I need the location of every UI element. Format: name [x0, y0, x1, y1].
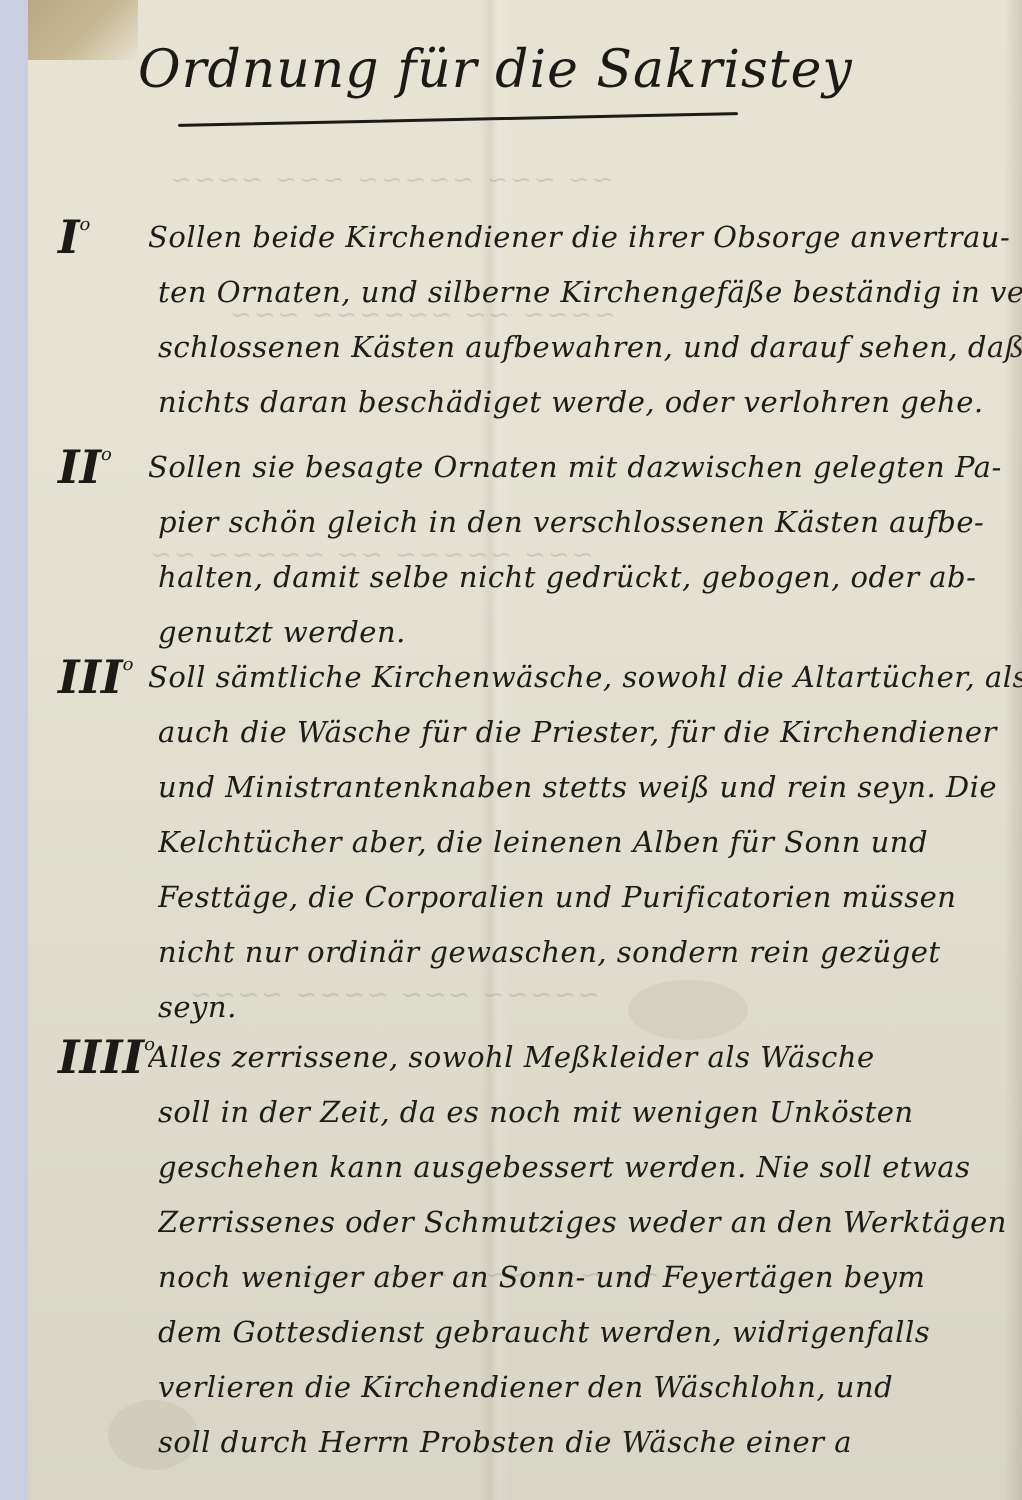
ink-bleed-through: ~~ ~~~ ~~~~~ ~~~ ~~~~ [168, 165, 613, 195]
text-line: Kelchtücher aber, die leinenen Alben für… [158, 815, 1022, 870]
text-line: und Ministrantenknaben stetts weiß und r… [158, 760, 1022, 815]
text-line: nicht nur ordinär gewaschen, sondern rei… [158, 925, 1022, 980]
text-line: dem Gottesdienst gebraucht werden, widri… [158, 1305, 1022, 1360]
text-line: verlieren die Kirchendiener den Wäschloh… [158, 1360, 1022, 1415]
paragraph-numeral: IIIo [58, 650, 133, 704]
text-line: ten Ornaten, und silberne Kirchengefäße … [158, 265, 1022, 320]
text-line: pier schön gleich in den verschlossenen … [158, 495, 1022, 550]
text-line: auch die Wäsche für die Priester, für di… [158, 705, 1022, 760]
title-underline [178, 112, 738, 127]
text-line: schlossenen Kästen aufbewahren, und dara… [158, 320, 1022, 375]
text-line: soll in der Zeit, da es noch mit wenigen… [158, 1085, 1022, 1140]
text-line: Festtäge, die Corporalien und Purificato… [158, 870, 1022, 925]
text-line: halten, damit selbe nicht gedrückt, gebo… [158, 550, 1022, 605]
text-line: Sollen sie besagte Ornaten mit dazwische… [148, 440, 1022, 495]
text-line: soll durch Herrn Probsten die Wäsche ein… [158, 1415, 1022, 1470]
text-line: seyn. [158, 980, 1022, 1035]
text-line: Sollen beide Kirchendiener die ihrer Obs… [148, 210, 1022, 265]
paragraph-numeral: Io [58, 210, 90, 264]
text-line: Alles zerrissene, sowohl Meßkleider als … [148, 1030, 1022, 1085]
text-line: nichts daran beschädiget werde, oder ver… [158, 375, 1022, 430]
paragraph-numeral: IIIIo [58, 1030, 155, 1084]
text-line: Zerrissenes oder Schmutziges weder an de… [158, 1195, 1022, 1250]
document-title: Ordnung für die Sakristey [138, 40, 853, 100]
text-line: geschehen kann ausgebessert werden. Nie … [158, 1140, 1022, 1195]
paragraph-numeral: IIo [58, 440, 112, 494]
text-line: noch weniger aber an Sonn- und Feyertäge… [158, 1250, 1022, 1305]
text-line: Soll sämtliche Kirchenwäsche, sowohl die… [148, 650, 1022, 705]
document-page: ~~ ~~~ ~~~~~ ~~~ ~~~~ ~~~~ ~~ ~~~~~~ ~~~… [28, 0, 1022, 1500]
